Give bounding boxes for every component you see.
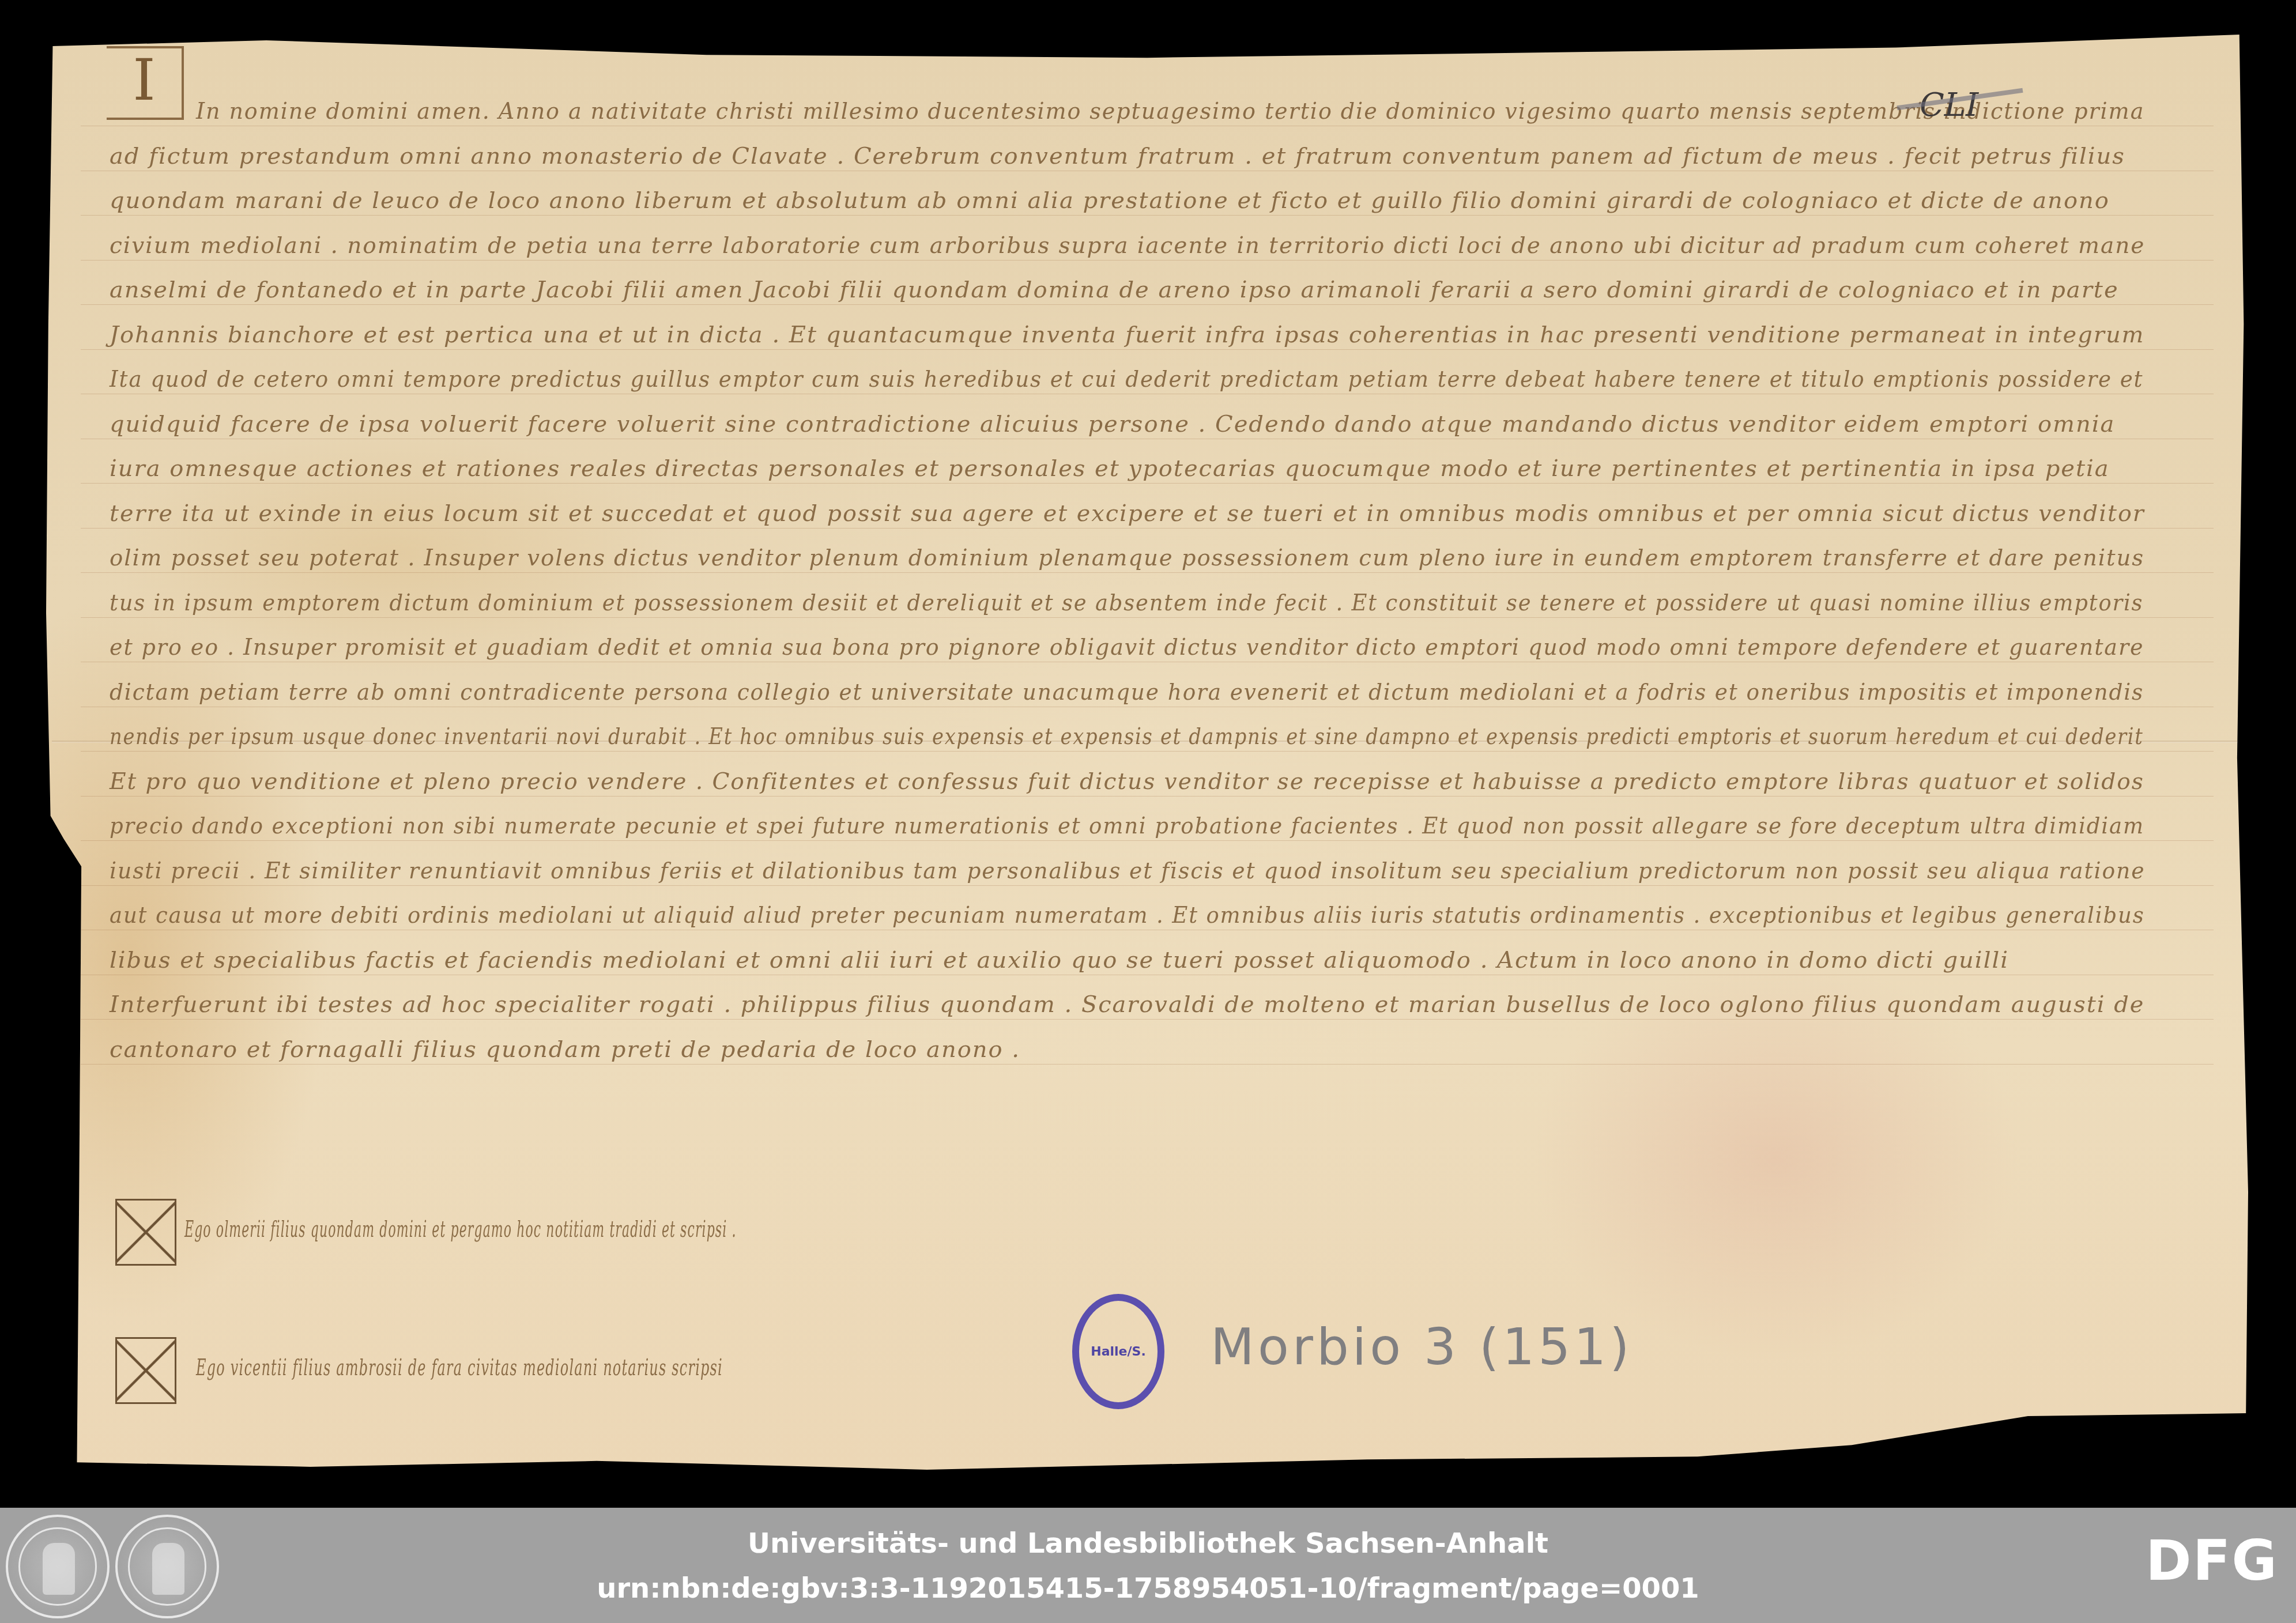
charter-text-line: quidquid facere de ipsa voluerit facere … bbox=[110, 411, 2115, 437]
ruling-line bbox=[81, 171, 2214, 171]
ruling-line bbox=[81, 483, 2214, 484]
ruling-line bbox=[81, 126, 2214, 126]
charter-text-line: libus et specialibus factis et faciendis… bbox=[110, 947, 2009, 973]
ruling-line bbox=[81, 572, 2214, 573]
ruling-line bbox=[81, 1019, 2214, 1020]
charter-text-line: iusti precii . Et similiter renuntiavit … bbox=[110, 858, 2145, 884]
ruling-line bbox=[81, 751, 2214, 752]
ruling-line bbox=[81, 215, 2214, 216]
ruling-line bbox=[81, 662, 2214, 662]
ruling-line bbox=[81, 796, 2214, 797]
ruling-line bbox=[81, 617, 2214, 618]
charter-text-line: ad fictum prestandum omni anno monasteri… bbox=[110, 143, 2125, 169]
library-stamp: Halle/S. bbox=[1072, 1294, 1164, 1409]
ruling-line bbox=[81, 439, 2214, 439]
ruling-line bbox=[81, 885, 2214, 886]
charter-text-line: tus in ipsum emptorem dictum dominium et… bbox=[110, 590, 2143, 616]
charter-text-line: terre ita ut exinde in eius locum sit et… bbox=[110, 500, 2145, 527]
ruling-line bbox=[81, 394, 2214, 394]
charter-text-line: Et pro quo venditione et pleno precio ve… bbox=[110, 768, 2144, 795]
subscription-line: Ego olmerii filius quondam domini et per… bbox=[184, 1216, 737, 1243]
ruling-line bbox=[81, 304, 2214, 305]
ruling-line bbox=[81, 840, 2214, 841]
footer-bar: Universitäts- und Landesbibliothek Sachs… bbox=[0, 1508, 2296, 1623]
charter-text-line: aut causa ut more debiti ordinis mediola… bbox=[110, 902, 2144, 928]
ruling-line bbox=[81, 707, 2214, 707]
charter-text-line: cantonaro et fornagalli filius quondam p… bbox=[110, 1036, 1020, 1063]
decorated-initial-i: I bbox=[107, 46, 184, 120]
subscription-line: Ego vicentii filius ambrosii de fara civ… bbox=[196, 1354, 723, 1381]
charter-text-line: Ita quod de cetero omni tempore predictu… bbox=[110, 366, 2143, 392]
archive-number: CLI bbox=[1920, 86, 1978, 124]
urn-identifier: urn:nbn:de:gbv:3:3-1192015415-1758954051… bbox=[0, 1572, 2296, 1605]
charter-text-line: iura omnesque actiones et rationes reale… bbox=[110, 455, 2110, 482]
ruling-line bbox=[81, 528, 2214, 529]
charter-text-line: anselmi de fontanedo et in parte Jacobi … bbox=[110, 277, 2119, 303]
charter-text-line: precio dando exceptioni non sibi numerat… bbox=[110, 813, 2144, 839]
charter-text-line: olim posset seu poterat . Insuper volens… bbox=[110, 545, 2144, 571]
notary-sign-2 bbox=[115, 1337, 176, 1404]
pencil-shelfmark: Morbio 3 (151) bbox=[1211, 1317, 1633, 1376]
institution-name: Universitäts- und Landesbibliothek Sachs… bbox=[0, 1527, 2296, 1560]
charter-text-line: nendis per ipsum usque donec inventarii … bbox=[110, 723, 2143, 750]
document-viewer: I Ego olmerii filius quondam domini et p… bbox=[0, 0, 2296, 1508]
dfg-logo: DFG bbox=[2146, 1538, 2278, 1584]
charter-text-line: Interfuerunt ibi testes ad hoc specialit… bbox=[110, 991, 2144, 1018]
ruling-line bbox=[81, 975, 2214, 975]
charter-text-line: dictam petiam terre ab omni contradicent… bbox=[110, 679, 2144, 705]
charter-text-line: et pro eo . Insuper promisit et guadiam … bbox=[110, 634, 2144, 660]
notary-sign-1 bbox=[115, 1199, 176, 1266]
ruling-line bbox=[81, 349, 2214, 350]
charter-text-line: civium mediolani . nominatim de petia un… bbox=[110, 232, 2145, 259]
ruling-line bbox=[81, 930, 2214, 930]
charter-text-line: quondam marani de leuco de loco anono li… bbox=[110, 187, 2110, 214]
ruling-line bbox=[81, 1064, 2214, 1065]
parchment-charter: I Ego olmerii filius quondam domini et p… bbox=[46, 35, 2248, 1481]
ruling-line bbox=[81, 260, 2214, 261]
stamp-city: Halle/S. bbox=[1091, 1345, 1146, 1359]
charter-text-line: Johannis bianchore et est pertica una et… bbox=[110, 322, 2145, 348]
charter-text-line: In nomine domini amen. Anno a nativitate… bbox=[196, 98, 2144, 124]
